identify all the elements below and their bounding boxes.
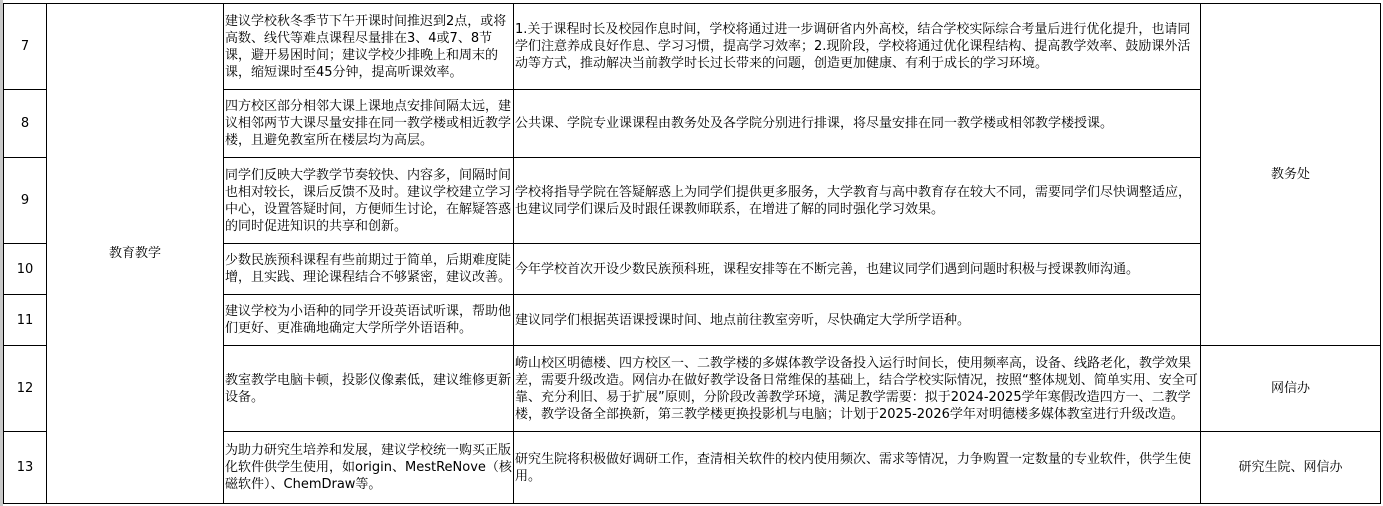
row-number[interactable]: 10 bbox=[4, 244, 47, 295]
row-number[interactable]: 8 bbox=[4, 90, 47, 158]
department-cell[interactable]: 教务处 bbox=[1201, 4, 1381, 346]
row-number[interactable]: 11 bbox=[4, 295, 47, 346]
suggestion-cell[interactable]: 同学们反映大学教学节奏较快、内容多，间隔时间也相对较长，课后反馈不及时。建议学校… bbox=[224, 158, 514, 244]
row-number[interactable]: 7 bbox=[4, 4, 47, 90]
suggestion-cell[interactable]: 建议学校为小语种的同学开设英语试听课，帮助他们更好、更准确地确定大学所学外语语种… bbox=[224, 295, 514, 346]
reply-cell[interactable]: 研究生院将积极做好调研工作，查清相关软件的校内使用频次、需求等情况，力争购置一定… bbox=[514, 432, 1201, 504]
department-cell[interactable]: 研究生院、网信办 bbox=[1201, 432, 1381, 504]
department-cell[interactable]: 网信办 bbox=[1201, 346, 1381, 432]
reply-cell[interactable]: 学校将指导学院在答疑解惑上为同学们提供更多服务，大学教育与高中教育存在较大不同，… bbox=[514, 158, 1201, 244]
suggestion-cell[interactable]: 少数民族预科课程有些前期过于简单，后期难度陡增，且实践、理论课程结合不够紧密，建… bbox=[224, 244, 514, 295]
table-row: 7 教育教学 建议学校秋冬季节下午开课时间推迟到2点，或将高数、线代等难点课程尽… bbox=[4, 4, 1381, 90]
suggestion-cell[interactable]: 建议学校秋冬季节下午开课时间推迟到2点，或将高数、线代等难点课程尽量排在3、4或… bbox=[224, 4, 514, 90]
reply-cell[interactable]: 公共课、学院专业课课程由教务处及各学院分别进行排课，将尽量安排在同一教学楼或相邻… bbox=[514, 90, 1201, 158]
row-number[interactable]: 9 bbox=[4, 158, 47, 244]
suggestion-cell[interactable]: 教室教学电脑卡顿，投影仪像素低，建议维修更新设备。 bbox=[224, 346, 514, 432]
reply-cell[interactable]: 1.关于课程时长及校园作息时间，学校将通过进一步调研省内外高校，结合学校实际综合… bbox=[514, 4, 1201, 90]
reply-cell[interactable]: 建议同学们根据英语课授课时间、地点前往教室旁听，尽快确定大学所学语种。 bbox=[514, 295, 1201, 346]
row-number[interactable]: 13 bbox=[4, 432, 47, 504]
suggestion-cell[interactable]: 为助力研究生培养和发展，建议学校统一购买正版化软件供学生使用，如origin、M… bbox=[224, 432, 514, 504]
reply-cell[interactable]: 今年学校首次开设少数民族预科班，课程安排等在不断完善，也建议同学们遇到问题时积极… bbox=[514, 244, 1201, 295]
reply-cell[interactable]: 崂山校区明德楼、四方校区一、二教学楼的多媒体教学设备投入运行时间长，使用频率高，… bbox=[514, 346, 1201, 432]
row-number[interactable]: 12 bbox=[4, 346, 47, 432]
category-cell[interactable]: 教育教学 bbox=[47, 4, 224, 504]
suggestion-cell[interactable]: 四方校区部分相邻大课上课地点安排间隔太远，建议相邻两节大课尽量安排在同一教学楼或… bbox=[224, 90, 514, 158]
feedback-table: 7 教育教学 建议学校秋冬季节下午开课时间推迟到2点，或将高数、线代等难点课程尽… bbox=[3, 3, 1381, 504]
